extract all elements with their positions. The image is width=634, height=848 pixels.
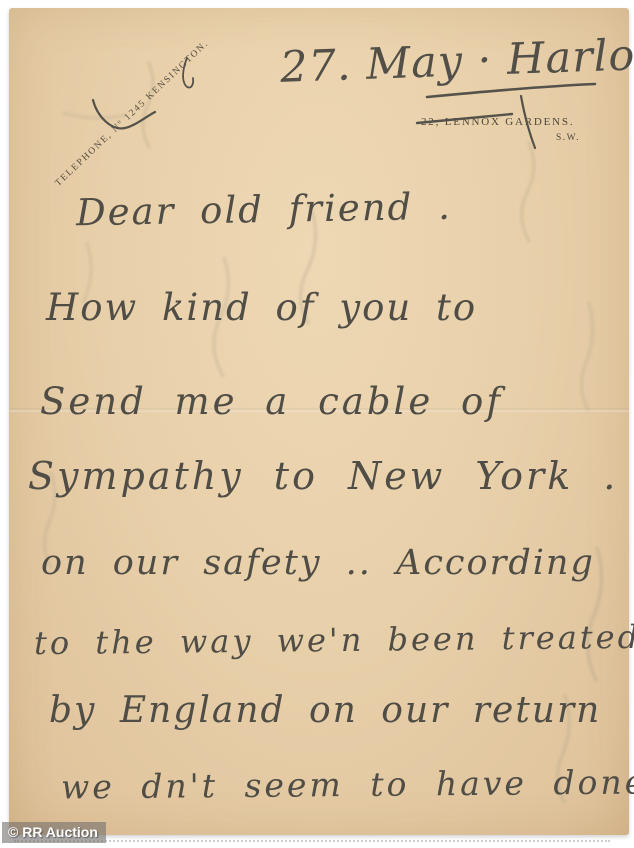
letter-page: TELEPHONE, Nº 1245 KENSINGTON. 22, LENNO… [9,8,629,835]
letter-line: to the way we'n been treated [34,618,634,662]
letter-line: Send me a cable of [40,380,503,423]
scan-background: TELEPHONE, Nº 1245 KENSINGTON. 22, LENNO… [0,0,634,848]
crossout-hook [183,58,193,88]
letter-line: on our safety .. According [41,543,595,583]
letter-line: Sympathy to New York . [28,454,618,498]
harlow-underline-stroke [427,84,595,97]
address-strikethrough-stroke [417,114,512,123]
letter-line: Dear old friend . [76,185,452,235]
watermark: © RR Auction [2,822,106,843]
crossout-flourish [93,100,155,128]
descender-stroke [521,96,535,148]
letter-line: by England on our return [49,690,601,731]
letter-line: How kind of you to [46,286,477,329]
letter-line: we dn't seem to have done [61,762,634,806]
